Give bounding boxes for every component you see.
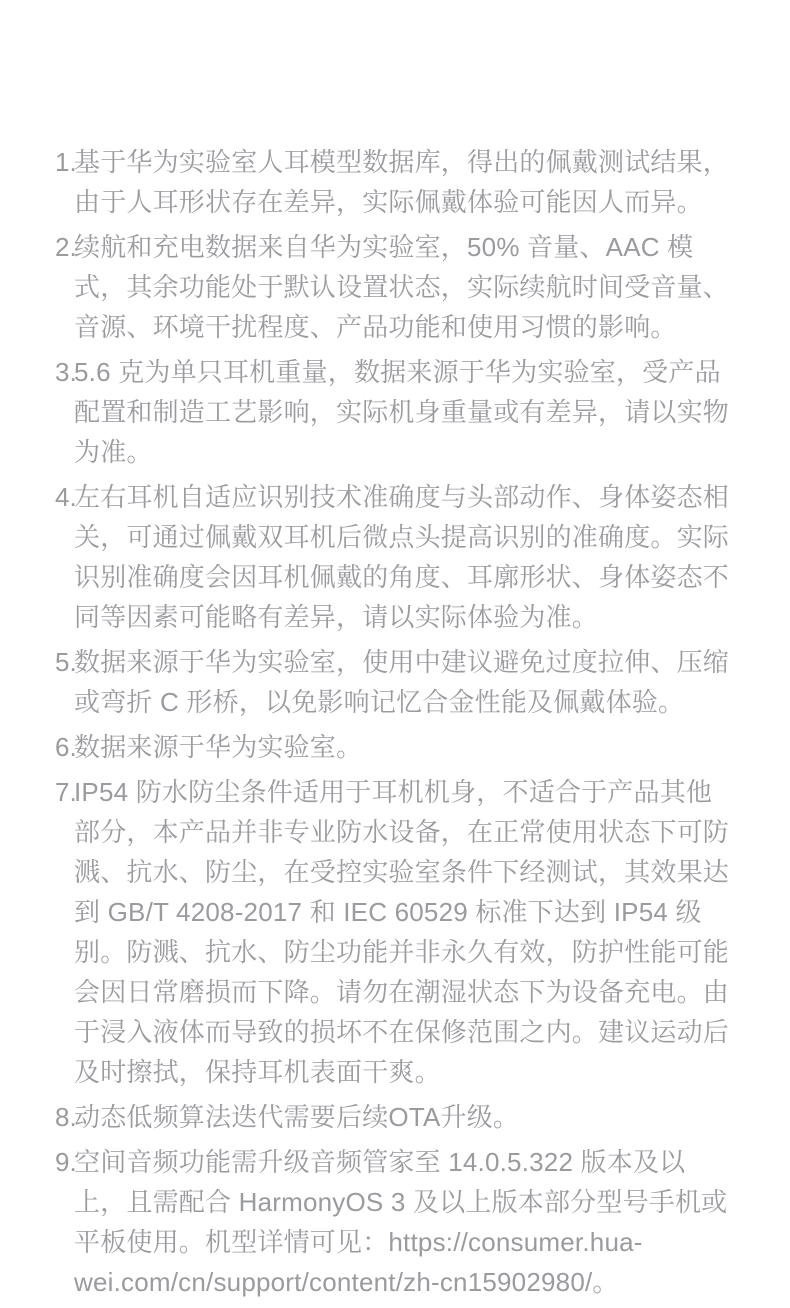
footnote-text-line: 空间音频功能需升级音频管家至 14.0.5.322 版本及以 bbox=[74, 1142, 740, 1182]
footnote-text-line: 式，其余功能处于默认设置状态，实际续航时间受音量、 bbox=[74, 267, 740, 307]
footnote-text-line: 基于华为实验室人耳模型数据库，得出的佩戴测试结果， bbox=[74, 142, 740, 182]
footnote-body: 5.6 克为单只耳机重量，数据来源于华为实验室，受产品配置和制造工艺影响，实际机… bbox=[74, 352, 740, 472]
footnote-body: 数据来源于华为实验室，使用中建议避免过度拉伸、压缩或弯折 C 形桥，以免影响记忆… bbox=[74, 642, 740, 722]
footnote-text-line: 会因日常磨损而下降。请勿在潮湿状态下为设备充电。由 bbox=[74, 972, 740, 1012]
footnote-item: 8.动态低频算法迭代需要后续OTA升级。 bbox=[55, 1097, 740, 1137]
footnote-number: 7. bbox=[55, 772, 77, 812]
disclaimer-page: 1.基于华为实验室人耳模型数据库，得出的佩戴测试结果，由于人耳形状存在差异，实际… bbox=[0, 0, 790, 1308]
footnote-item: 2.续航和充电数据来自华为实验室，50% 音量、AAC 模式，其余功能处于默认设… bbox=[55, 227, 740, 347]
footnote-body: 基于华为实验室人耳模型数据库，得出的佩戴测试结果，由于人耳形状存在差异，实际佩戴… bbox=[74, 142, 740, 222]
footnote-number: 6. bbox=[55, 727, 77, 767]
footnote-text-line: 数据来源于华为实验室。 bbox=[74, 727, 740, 767]
footnote-text-line: 于浸入液体而导致的损坏不在保修范围之内。建议运动后 bbox=[74, 1012, 740, 1052]
footnote-number: 9. bbox=[55, 1142, 77, 1182]
footnote-text-line: 动态低频算法迭代需要后续OTA升级。 bbox=[74, 1097, 740, 1137]
footnote-text-line: 部分，本产品并非专业防水设备，在正常使用状态下可防 bbox=[74, 812, 740, 852]
footnote-text-line: 识别准确度会因耳机佩戴的角度、耳廓形状、身体姿态不 bbox=[74, 557, 740, 597]
footnote-number: 3. bbox=[55, 352, 77, 392]
footnote-text-line: wei.com/cn/support/content/zh-cn15902980… bbox=[74, 1262, 740, 1302]
footnote-text-line: 到 GB/T 4208-2017 和 IEC 60529 标准下达到 IP54 … bbox=[74, 892, 740, 932]
footnote-body: 数据来源于华为实验室。 bbox=[74, 727, 740, 767]
footnote-body: 续航和充电数据来自华为实验室，50% 音量、AAC 模式，其余功能处于默认设置状… bbox=[74, 227, 740, 347]
footnote-text-line: 5.6 克为单只耳机重量，数据来源于华为实验室，受产品 bbox=[74, 352, 740, 392]
footnote-text-line: 或弯折 C 形桥，以免影响记忆合金性能及佩戴体验。 bbox=[74, 682, 740, 722]
footnote-text-line: IP54 防水防尘条件适用于耳机机身，不适合于产品其他 bbox=[74, 772, 740, 812]
footnote-text-line: 同等因素可能略有差异，请以实际体验为准。 bbox=[74, 597, 740, 637]
footnote-item: 7.IP54 防水防尘条件适用于耳机机身，不适合于产品其他部分，本产品并非专业防… bbox=[55, 772, 740, 1092]
footnote-number: 2. bbox=[55, 227, 77, 267]
footnote-text-line: 续航和充电数据来自华为实验室，50% 音量、AAC 模 bbox=[74, 227, 740, 267]
footnote-number: 4. bbox=[55, 477, 77, 517]
footnote-text-line: 为准。 bbox=[74, 432, 740, 472]
footnote-text-line: 别。防溅、抗水、防尘功能并非永久有效，防护性能可能 bbox=[74, 932, 740, 972]
footnote-text-line: 平板使用。机型详情可见：https://consumer.hua- bbox=[74, 1222, 740, 1262]
footnote-body: 动态低频算法迭代需要后续OTA升级。 bbox=[74, 1097, 740, 1137]
footnote-item: 1.基于华为实验室人耳模型数据库，得出的佩戴测试结果，由于人耳形状存在差异，实际… bbox=[55, 142, 740, 222]
footnote-text-line: 及时擦拭，保持耳机表面干爽。 bbox=[74, 1052, 740, 1092]
footnote-number: 5. bbox=[55, 642, 77, 682]
footnote-item: 9.空间音频功能需升级音频管家至 14.0.5.322 版本及以上，且需配合 H… bbox=[55, 1142, 740, 1302]
footnote-number: 8. bbox=[55, 1097, 77, 1137]
footnote-number: 1. bbox=[55, 142, 77, 182]
footnote-item: 6.数据来源于华为实验室。 bbox=[55, 727, 740, 767]
footnote-body: 左右耳机自适应识别技术准确度与头部动作、身体姿态相关，可通过佩戴双耳机后微点头提… bbox=[74, 477, 740, 637]
footnote-body: IP54 防水防尘条件适用于耳机机身，不适合于产品其他部分，本产品并非专业防水设… bbox=[74, 772, 740, 1092]
footnote-text-line: 配置和制造工艺影响，实际机身重量或有差异，请以实物 bbox=[74, 392, 740, 432]
footnotes-list: 1.基于华为实验室人耳模型数据库，得出的佩戴测试结果，由于人耳形状存在差异，实际… bbox=[55, 142, 740, 1307]
footnote-text-line: 数据来源于华为实验室，使用中建议避免过度拉伸、压缩 bbox=[74, 642, 740, 682]
footnote-item: 3.5.6 克为单只耳机重量，数据来源于华为实验室，受产品配置和制造工艺影响，实… bbox=[55, 352, 740, 472]
footnote-text-line: 左右耳机自适应识别技术准确度与头部动作、身体姿态相 bbox=[74, 477, 740, 517]
footnote-text-line: 由于人耳形状存在差异，实际佩戴体验可能因人而异。 bbox=[74, 182, 740, 222]
footnote-text-line: 音源、环境干扰程度、产品功能和使用习惯的影响。 bbox=[74, 307, 740, 347]
footnote-text-line: 溅、抗水、防尘，在受控实验室条件下经测试，其效果达 bbox=[74, 852, 740, 892]
footnote-text-line: 关，可通过佩戴双耳机后微点头提高识别的准确度。实际 bbox=[74, 517, 740, 557]
footnote-item: 5.数据来源于华为实验室，使用中建议避免过度拉伸、压缩或弯折 C 形桥，以免影响… bbox=[55, 642, 740, 722]
footnote-item: 4.左右耳机自适应识别技术准确度与头部动作、身体姿态相关，可通过佩戴双耳机后微点… bbox=[55, 477, 740, 637]
footnote-body: 空间音频功能需升级音频管家至 14.0.5.322 版本及以上，且需配合 Har… bbox=[74, 1142, 740, 1302]
footnote-text-line: 上，且需配合 HarmonyOS 3 及以上版本部分型号手机或 bbox=[74, 1182, 740, 1222]
